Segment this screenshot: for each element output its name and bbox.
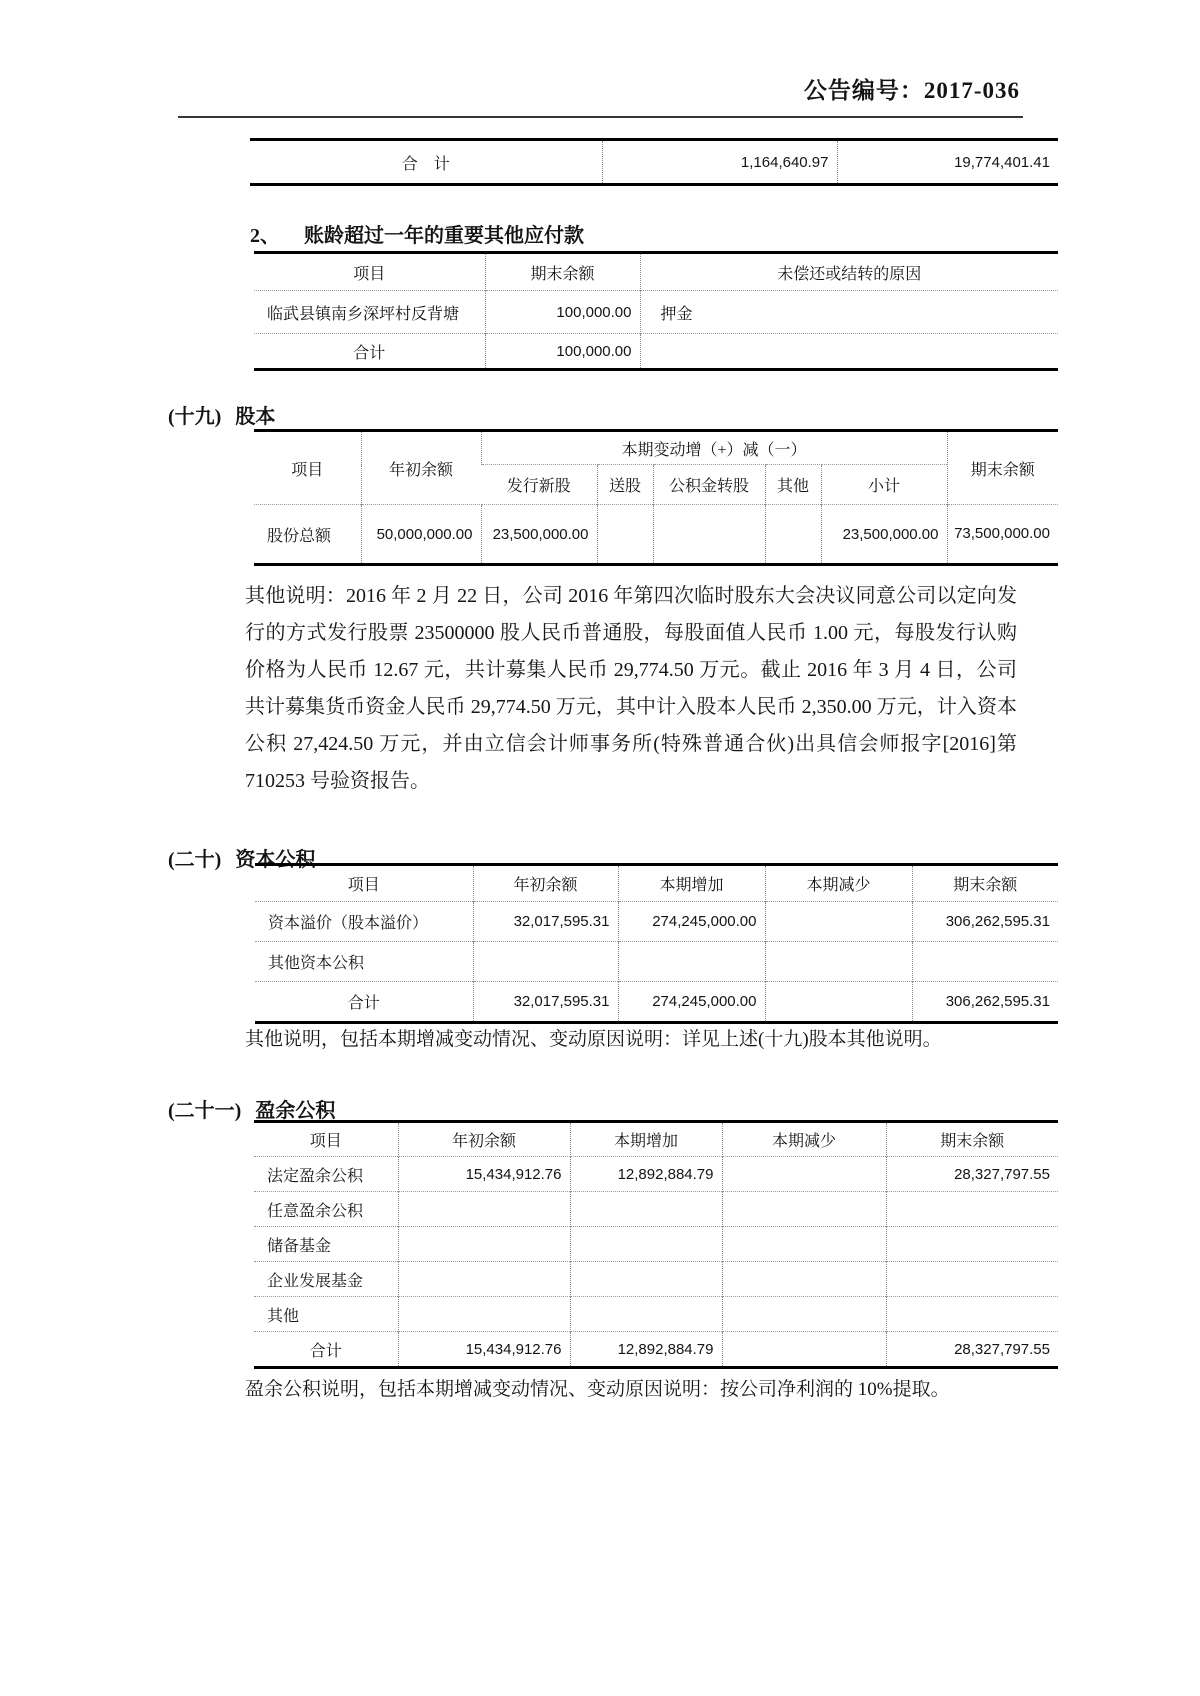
col-header: 发行新股 <box>481 465 597 505</box>
amount-cell <box>722 1157 886 1192</box>
table-header-row: 项目 年初余额 本期增加 本期减少 期末余额 <box>255 865 1058 902</box>
amount-cell: 1,164,640.97 <box>602 140 837 185</box>
surplus-reserve-note: 盈余公积说明，包括本期增减变动情况、变动原因说明：按公司净利润的 10%提取。 <box>245 1376 1035 1404</box>
amount-cell <box>912 942 1058 982</box>
col-header: 项目 <box>254 1122 398 1157</box>
item-cell: 企业发展基金 <box>254 1262 398 1297</box>
table-total-row: 合计 32,017,595.31 274,245,000.00 306,262,… <box>255 982 1058 1023</box>
header-divider <box>178 116 1023 118</box>
col-header: 期末余额 <box>886 1122 1058 1157</box>
total-label-cell: 合计 <box>255 982 473 1023</box>
amount-cell: 23,500,000.00 <box>821 505 947 565</box>
section-heading-surplus-reserve: (二十一)盈余公积 <box>168 1094 335 1123</box>
amount-cell: 306,262,595.31 <box>912 982 1058 1023</box>
payables-table: 项目 期末余额 未偿还或结转的原因 临武县镇南乡深坪村反背塘 100,000.0… <box>254 251 1058 371</box>
amount-cell: 12,892,884.79 <box>570 1157 722 1192</box>
item-cell: 法定盈余公积 <box>254 1157 398 1192</box>
col-header: 其他 <box>765 465 821 505</box>
col-header: 公积金转股 <box>653 465 765 505</box>
amount-cell <box>570 1262 722 1297</box>
item-cell: 股份总额 <box>254 505 361 565</box>
amount-cell <box>653 505 765 565</box>
table-row: 股份总额 50,000,000.00 23,500,000.00 23,500,… <box>254 505 1058 565</box>
item-cell: 其他资本公积 <box>255 942 473 982</box>
amount-cell <box>722 1192 886 1227</box>
section-heading-share-capital: (十九)股本 <box>168 400 275 429</box>
amount-cell <box>398 1262 570 1297</box>
capital-reserve-note: 其他说明，包括本期增减变动情况、变动原因说明：详见上述(十九)股本其他说明。 <box>245 1026 1035 1054</box>
col-header-closing: 期末余额 <box>947 431 1058 505</box>
col-header: 本期减少 <box>765 865 912 902</box>
reason-cell: 押金 <box>640 291 1058 334</box>
col-header: 本期增加 <box>570 1122 722 1157</box>
col-header: 期末余额 <box>485 253 640 291</box>
amount-cell <box>473 942 618 982</box>
table-header-row: 项目 期末余额 未偿还或结转的原因 <box>254 253 1058 291</box>
amount-cell <box>722 1262 886 1297</box>
col-header: 本期增加 <box>618 865 765 902</box>
col-header: 项目 <box>255 865 473 902</box>
amount-cell: 32,017,595.31 <box>473 982 618 1023</box>
amount-cell <box>722 1332 886 1368</box>
amount-cell <box>570 1192 722 1227</box>
item-cell: 储备基金 <box>254 1227 398 1262</box>
amount-cell: 28,327,797.55 <box>886 1157 1058 1192</box>
capital-reserve-table: 项目 年初余额 本期增加 本期减少 期末余额 资本溢价（股本溢价） 32,017… <box>255 863 1058 1024</box>
carryover-total-table: 合 计 1,164,640.97 19,774,401.41 <box>250 138 1058 186</box>
amount-cell <box>722 1227 886 1262</box>
col-header: 送股 <box>597 465 653 505</box>
table-row: 资本溢价（股本溢价） 32,017,595.31 274,245,000.00 … <box>255 902 1058 942</box>
amount-cell: 100,000.00 <box>485 334 640 370</box>
amount-cell <box>398 1192 570 1227</box>
item-cell: 任意盈余公积 <box>254 1192 398 1227</box>
amount-cell: 12,892,884.79 <box>570 1332 722 1368</box>
section-title: 盈余公积 <box>255 1100 335 1122</box>
item-cell: 临武县镇南乡深坪村反背塘 <box>254 291 485 334</box>
surplus-reserve-table: 项目 年初余额 本期增加 本期减少 期末余额 法定盈余公积 15,434,912… <box>254 1120 1058 1369</box>
section-marker: (二十一) <box>168 1094 241 1123</box>
total-label-cell: 合计 <box>254 1332 398 1368</box>
table-row: 临武县镇南乡深坪村反背塘 100,000.00 押金 <box>254 291 1058 334</box>
amount-cell: 15,434,912.76 <box>398 1157 570 1192</box>
col-header-item: 项目 <box>254 431 361 505</box>
share-capital-table: 项目 年初余额 本期变动增（+）减（一） 期末余额 发行新股 送股 公积金转股 … <box>254 429 1058 566</box>
section-title: 股本 <box>235 406 275 428</box>
announcement-number: 公告编号：2017-036 <box>660 72 1020 105</box>
section-heading-payables: 2、账龄超过一年的重要其他应付款 <box>250 219 584 248</box>
table-header-row: 项目 年初余额 本期增加 本期减少 期末余额 <box>254 1122 1058 1157</box>
col-header: 本期减少 <box>722 1122 886 1157</box>
table-row: 储备基金 <box>254 1227 1058 1262</box>
section-marker: (二十) <box>168 843 221 872</box>
section-title: 账龄超过一年的重要其他应付款 <box>304 225 584 247</box>
table-total-row: 合计 15,434,912.76 12,892,884.79 28,327,79… <box>254 1332 1058 1368</box>
amount-cell <box>886 1192 1058 1227</box>
amount-cell: 73,500,000.00 <box>947 505 1058 565</box>
amount-cell <box>398 1227 570 1262</box>
table-total-row: 合计 100,000.00 <box>254 334 1058 370</box>
total-label-cell: 合 计 <box>250 140 602 185</box>
amount-cell <box>722 1297 886 1332</box>
amount-cell <box>886 1227 1058 1262</box>
amount-cell <box>398 1297 570 1332</box>
share-capital-note: 其他说明：2016 年 2 月 22 日，公司 2016 年第四次临时股东大会决… <box>245 578 1017 800</box>
document-page: 公告编号：2017-036 合 计 1,164,640.97 19,774,40… <box>0 0 1200 1696</box>
amount-cell: 19,774,401.41 <box>837 140 1058 185</box>
table-row: 企业发展基金 <box>254 1262 1058 1297</box>
amount-cell <box>765 902 912 942</box>
item-cell: 资本溢价（股本溢价） <box>255 902 473 942</box>
col-header: 项目 <box>254 253 485 291</box>
amount-cell <box>570 1297 722 1332</box>
amount-cell: 15,434,912.76 <box>398 1332 570 1368</box>
item-cell: 其他 <box>254 1297 398 1332</box>
amount-cell: 28,327,797.55 <box>886 1332 1058 1368</box>
amount-cell: 32,017,595.31 <box>473 902 618 942</box>
amount-cell <box>886 1262 1058 1297</box>
reason-cell <box>640 334 1058 370</box>
amount-cell: 306,262,595.31 <box>912 902 1058 942</box>
col-header-change-group: 本期变动增（+）减（一） <box>481 431 947 465</box>
total-label-cell: 合计 <box>254 334 485 370</box>
amount-cell <box>886 1297 1058 1332</box>
amount-cell: 50,000,000.00 <box>361 505 481 565</box>
amount-cell <box>765 982 912 1023</box>
table-header-row: 项目 年初余额 本期变动增（+）减（一） 期末余额 <box>254 431 1058 465</box>
section-marker: (十九) <box>168 400 221 429</box>
amount-cell <box>618 942 765 982</box>
col-header: 年初余额 <box>398 1122 570 1157</box>
col-header: 小计 <box>821 465 947 505</box>
section-number: 2、 <box>250 219 280 248</box>
table-row: 法定盈余公积 15,434,912.76 12,892,884.79 28,32… <box>254 1157 1058 1192</box>
amount-cell <box>570 1227 722 1262</box>
amount-cell <box>597 505 653 565</box>
table-row: 任意盈余公积 <box>254 1192 1058 1227</box>
col-header: 期末余额 <box>912 865 1058 902</box>
amount-cell: 23,500,000.00 <box>481 505 597 565</box>
amount-cell: 274,245,000.00 <box>618 982 765 1023</box>
amount-cell <box>765 505 821 565</box>
amount-cell: 274,245,000.00 <box>618 902 765 942</box>
col-header: 年初余额 <box>473 865 618 902</box>
col-header-opening: 年初余额 <box>361 431 481 505</box>
amount-cell: 100,000.00 <box>485 291 640 334</box>
table-row: 合 计 1,164,640.97 19,774,401.41 <box>250 140 1058 185</box>
table-row: 其他资本公积 <box>255 942 1058 982</box>
col-header: 未偿还或结转的原因 <box>640 253 1058 291</box>
table-row: 其他 <box>254 1297 1058 1332</box>
amount-cell <box>765 942 912 982</box>
